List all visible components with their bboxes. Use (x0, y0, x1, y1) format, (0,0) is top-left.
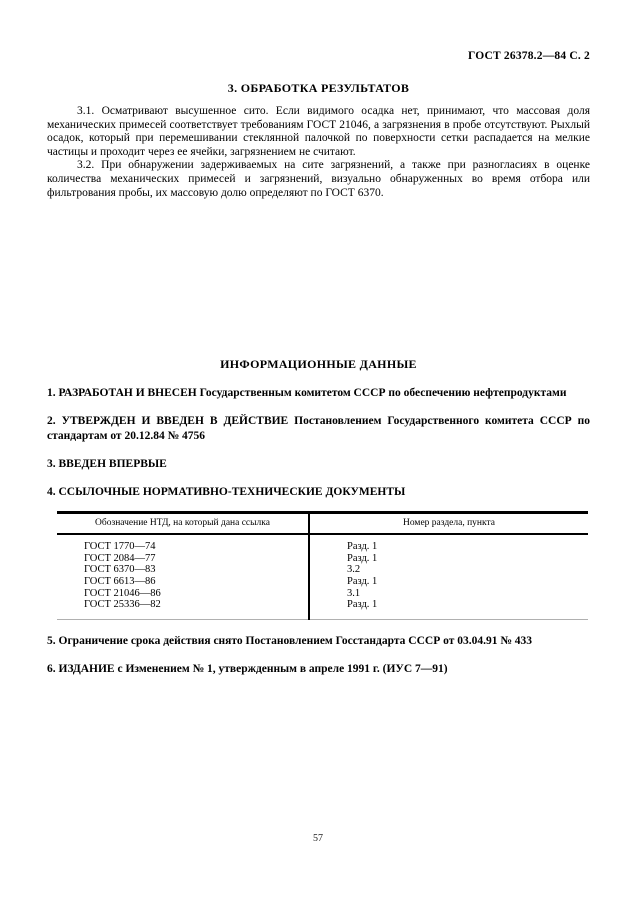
info-item-1: 1. РАЗРАБОТАН И ВНЕСЕН Государственным к… (47, 386, 590, 400)
column-header-section: Номер раздела, пункта (309, 513, 588, 535)
reference-table-body: ГОСТ 1770—74 Разд. 1 ГОСТ 2084—77 Разд. … (57, 534, 588, 619)
info-item-3: 3. ВВЕДЕН ВПЕРВЫЕ (47, 457, 590, 471)
table-row: ГОСТ 25336—82 Разд. 1 (57, 599, 588, 619)
page-number: 57 (0, 833, 636, 844)
table-row: ГОСТ 1770—74 Разд. 1 (57, 534, 588, 553)
ntd-cell: ГОСТ 1770—74 (57, 534, 309, 553)
section-cell: Разд. 1 (309, 534, 588, 553)
info-item-5: 5. Ограничение срока действия снято Пост… (47, 634, 590, 648)
ntd-cell: ГОСТ 21046—86 (57, 588, 309, 600)
info-item-2: 2. УТВЕРЖДЕН И ВВЕДЕН В ДЕЙСТВИЕ Постано… (47, 414, 590, 442)
info-data-title: ИНФОРМАЦИОННЫЕ ДАННЫЕ (47, 357, 590, 372)
section-cell: 3.2 (309, 564, 588, 576)
ntd-cell: ГОСТ 6613—86 (57, 576, 309, 588)
section-cell: Разд. 1 (309, 576, 588, 588)
table-row: ГОСТ 6613—86 Разд. 1 (57, 576, 588, 588)
section-cell: 3.1 (309, 588, 588, 600)
info-item-4: 4. ССЫЛОЧНЫЕ НОРМАТИВНО-ТЕХНИЧЕСКИЕ ДОКУ… (47, 485, 590, 499)
document-page: ГОСТ 26378.2—84 С. 2 3. ОБРАБОТКА РЕЗУЛЬ… (0, 0, 636, 920)
ntd-cell: ГОСТ 2084—77 (57, 553, 309, 565)
info-item-6: 6. ИЗДАНИЕ с Изменением № 1, утвержденны… (47, 662, 590, 676)
paragraph-3-1: 3.1. Осматривают высушенное сито. Если в… (47, 105, 590, 159)
ntd-cell: ГОСТ 25336—82 (57, 599, 309, 619)
section-cell: Разд. 1 (309, 599, 588, 619)
ntd-cell: ГОСТ 6370—83 (57, 564, 309, 576)
table-row: ГОСТ 6370—83 3.2 (57, 564, 588, 576)
section-cell: Разд. 1 (309, 553, 588, 565)
page-content: ГОСТ 26378.2—84 С. 2 3. ОБРАБОТКА РЕЗУЛЬ… (0, 0, 636, 676)
column-header-ntd: Обозначение НТД, на который дана ссылка (57, 513, 309, 535)
section-3-title: 3. ОБРАБОТКА РЕЗУЛЬТАТОВ (47, 81, 590, 96)
table-row: ГОСТ 21046—86 3.1 (57, 588, 588, 600)
table-header-row: Обозначение НТД, на который дана ссылка … (57, 513, 588, 535)
reference-documents-table: Обозначение НТД, на который дана ссылка … (57, 511, 588, 620)
running-header: ГОСТ 26378.2—84 С. 2 (47, 0, 590, 62)
section-3-body: 3.1. Осматривают высушенное сито. Если в… (47, 105, 590, 200)
paragraph-3-2: 3.2. При обнаружении задерживаемых на си… (47, 159, 590, 200)
table-row: ГОСТ 2084—77 Разд. 1 (57, 553, 588, 565)
reference-table-head: Обозначение НТД, на который дана ссылка … (57, 513, 588, 535)
